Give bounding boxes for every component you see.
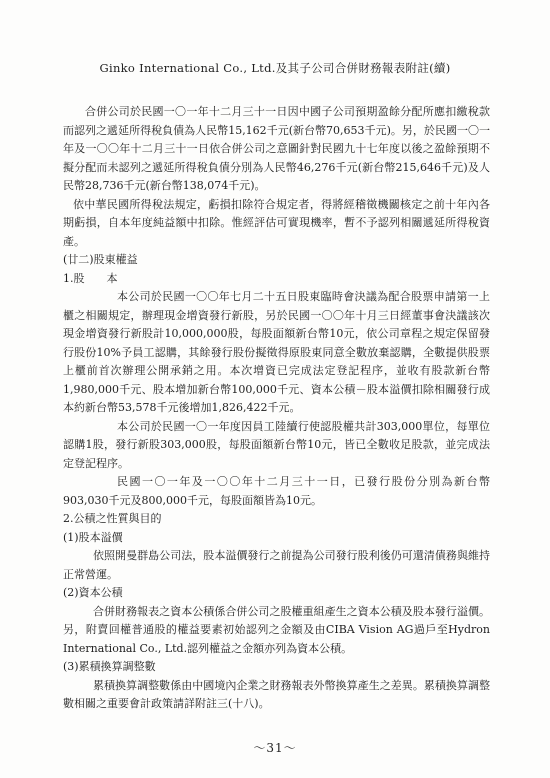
paragraph-issued-shares: 民國一〇一年及一〇〇年十二月三十一日，已發行股份分別為新台幣903,030千元及… [63,473,490,510]
paragraph-capital-surplus: 合併財務報表之資本公積係合併公司之股權重組產生之資本公積及股本發行溢價。另，附賣… [63,603,490,659]
paragraph-cumulative-translation-adjustment: 累積換算調整數係由中國境內企業之財務報表外幣換算產生之差異。累積換算調整數相關之… [63,677,490,714]
paragraph-tax-loss-carryforward: 依中華民國所得稅法規定，虧損扣除符合規定者，得將經稽徵機關核定之前十年內各期虧損… [63,196,490,252]
paragraph-deferred-tax-liability: 合併公司於民國一〇一年十二月三十一日因中國子公司預期盈餘分配所應扣繳稅款而認列之… [63,103,490,196]
section-heading-shareholders-equity: (廿二)股東權益 [63,251,490,270]
subitem-heading-capital-surplus: (2)資本公積 [63,584,490,603]
paragraph-capital-increase: 本公司於民國一〇〇年七月二十五日股東臨時會決議為配合股票申請第一上櫃之相關規定，… [63,288,490,418]
subitem-heading-cumulative-translation-adjustment: (3)累積換算調整數 [63,658,490,677]
paragraph-share-premium: 依照開曼群島公司法，股本溢價發行之前提為公司發行股利後仍可還清債務與維持正常營運… [63,547,490,584]
document-page: Ginko International Co., Ltd.及其子公司合併財務報表… [0,0,550,778]
item-heading-capital-stock: 1.股 本 [63,270,490,289]
item-heading-nature-of-reserves: 2.公積之性質與目的 [63,510,490,529]
page-number: ～31～ [0,739,550,756]
document-body: 合併公司於民國一〇一年十二月三十一日因中國子公司預期盈餘分配所應扣繳稅款而認列之… [63,103,490,714]
document-title: Ginko International Co., Ltd.及其子公司合併財務報表… [0,60,550,76]
subitem-heading-share-premium: (1)股本溢價 [63,529,490,548]
paragraph-stock-option-exercise: 本公司於民國一〇一年度因員工陸續行使認股權共計303,000單位，每單位認購1股… [63,418,490,474]
